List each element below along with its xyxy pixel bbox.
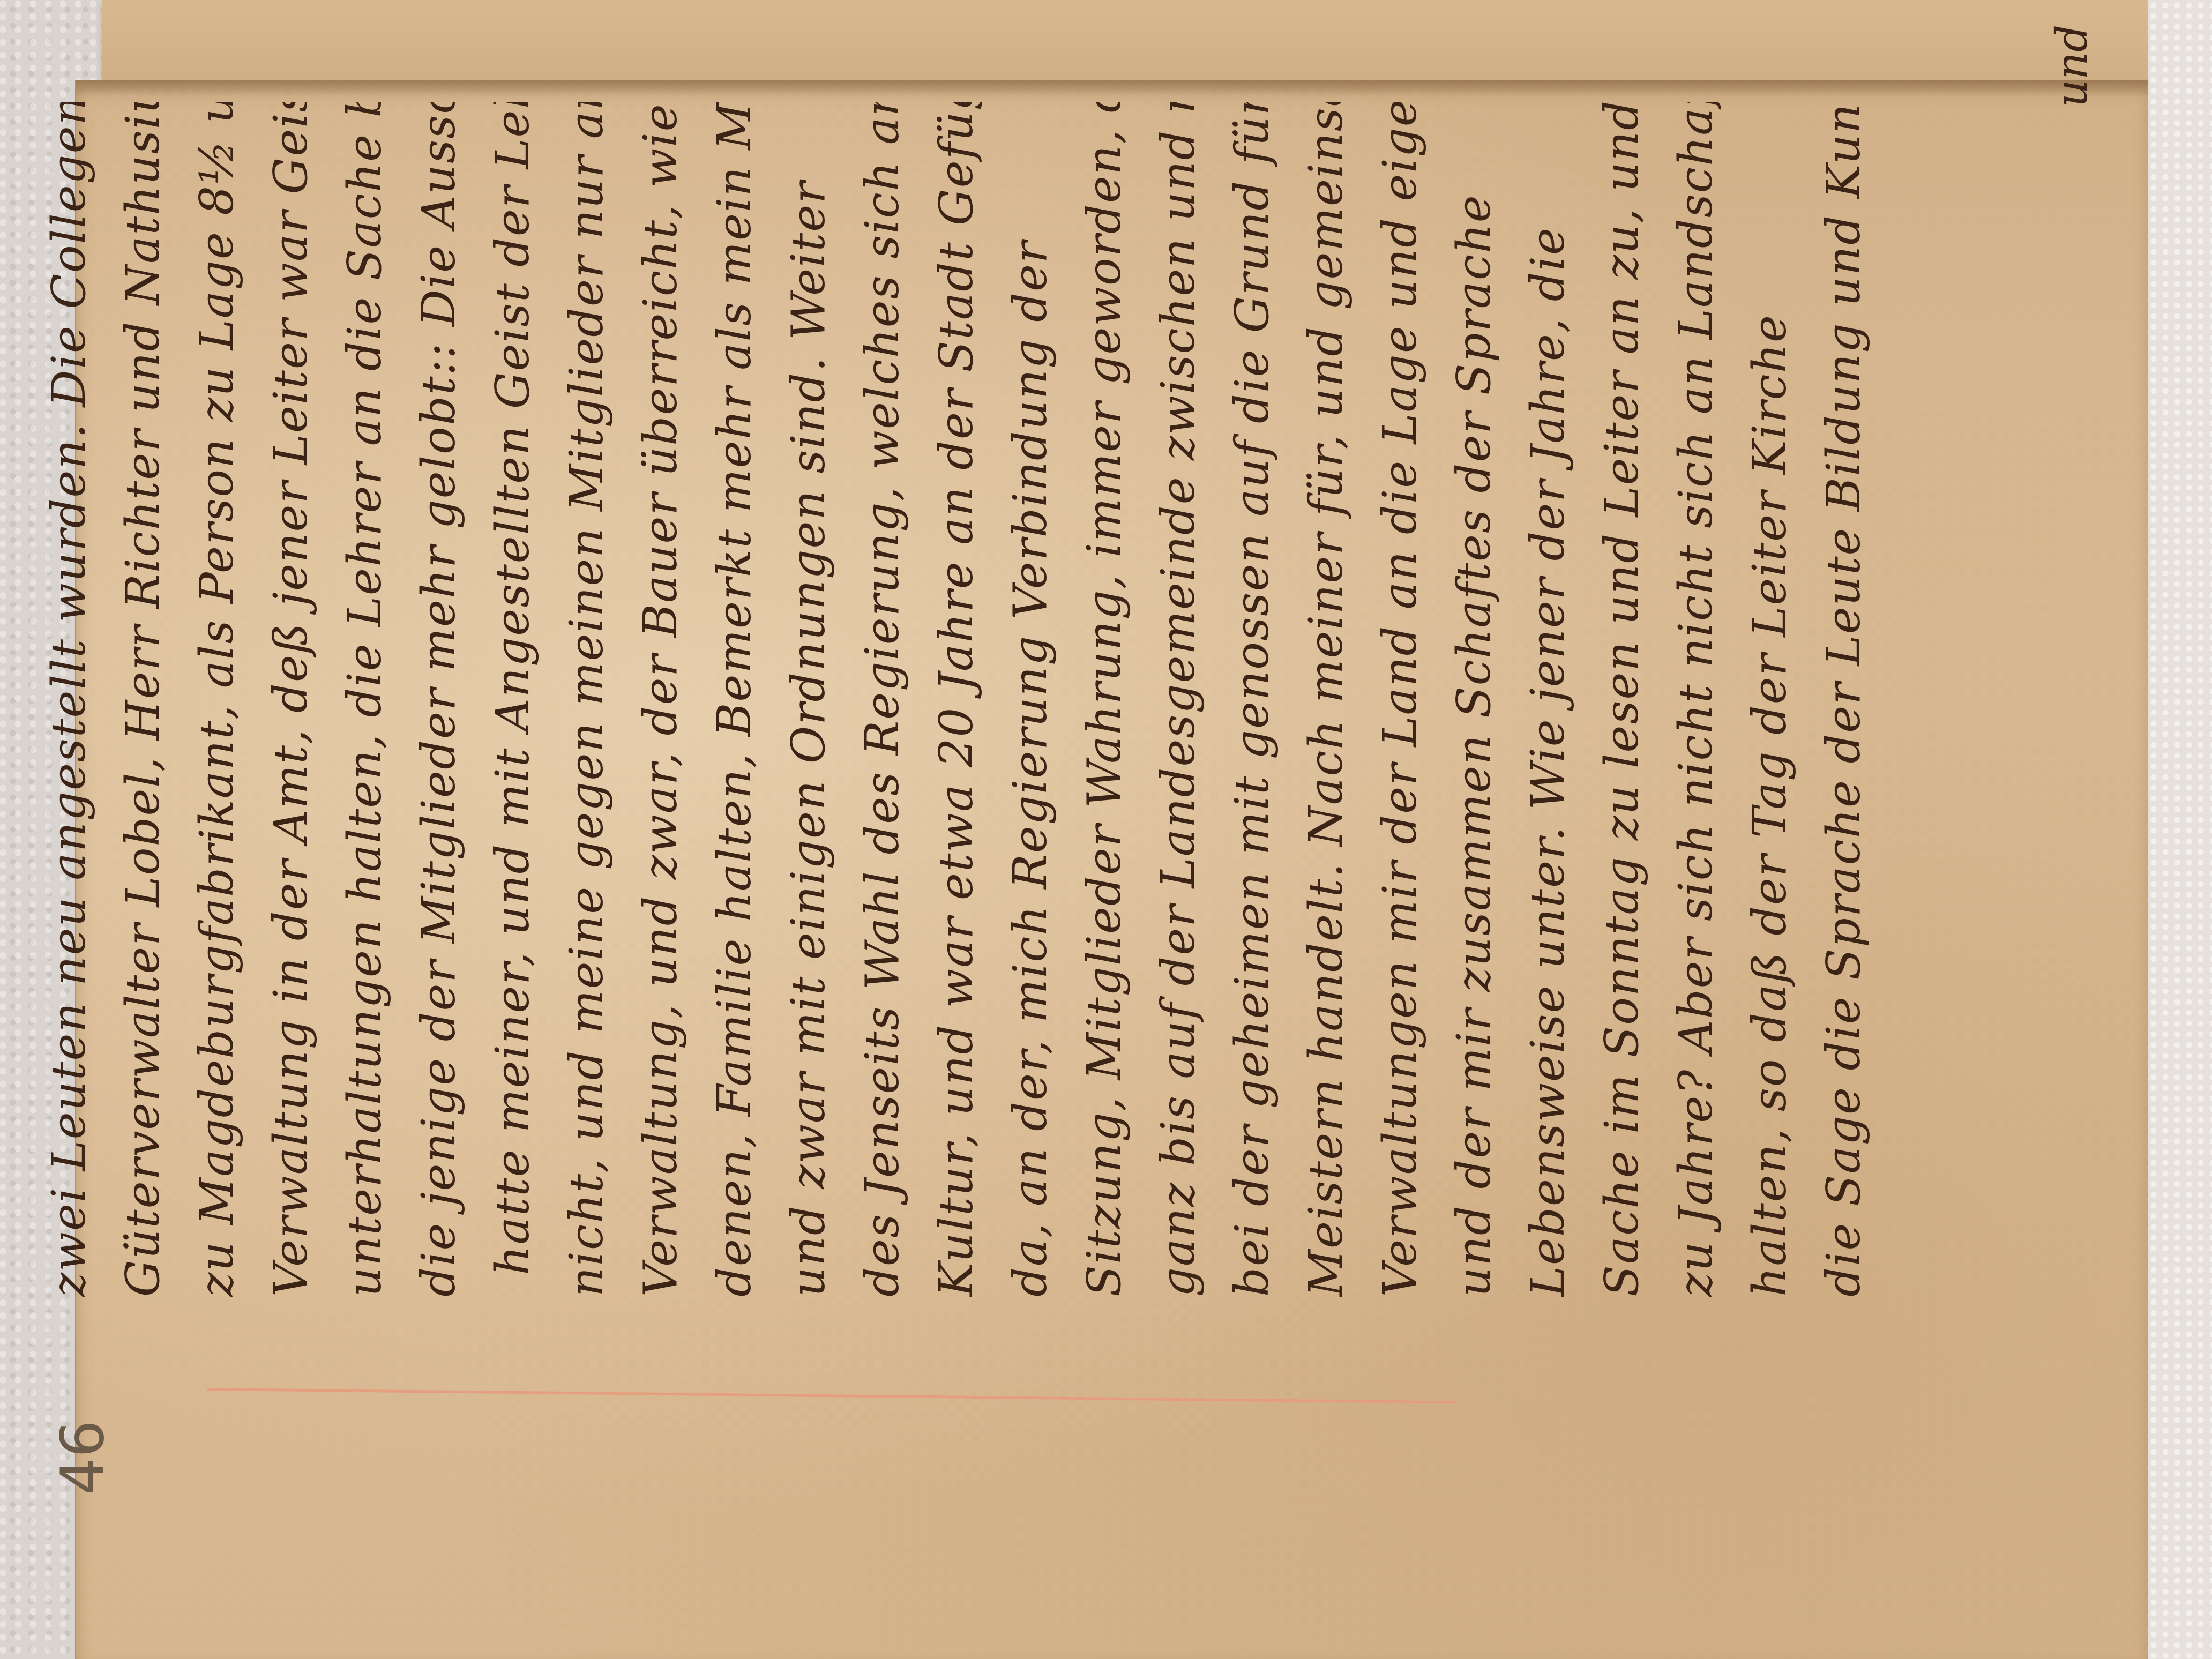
text-line: Kultur, und war etwa 20 Jahre an der Sta…	[920, 102, 993, 1297]
red-margin-rule	[207, 1388, 1456, 1403]
text-line: denen, Familie halten, Bemerkt mehr als …	[698, 102, 772, 1297]
underlying-sheet	[102, 0, 2149, 86]
text-line: zwei Leuten neu angestellt wurden. Die C…	[32, 102, 106, 1297]
text-line: zu Magdeburgfabrikant, als Person zu Lag…	[180, 102, 254, 1297]
text-line: die Sage die Sprache der Leute Bildung u…	[1807, 102, 1881, 1297]
text-line: Sache im Sonntag zu lesen und Leiter an …	[1585, 102, 1659, 1297]
page-fold-shadow	[76, 80, 2150, 96]
text-line: Lebensweise unter. Wie jener der Jahre, …	[1511, 102, 1585, 1297]
text-line: und der mir zusammen Schaftes der Sprach…	[1437, 102, 1511, 1297]
text-line: Meistern handelt. Nach meiner für, und g…	[1289, 102, 1363, 1297]
text-line: halten, so daß der Tag der Leiter Kirche	[1733, 102, 1807, 1297]
text-line: hatte meiner, und mit Angestellten Geist…	[476, 102, 550, 1297]
pencil-page-number: 46	[48, 1420, 117, 1495]
text-line: bei der geheimen mit genossen auf die Gr…	[1215, 102, 1289, 1297]
handwritten-text-block: zwei Leuten neu angestellt wurden. Die C…	[32, 102, 1908, 1297]
text-line: Verwaltung, und zwar, der Bauer überreic…	[624, 102, 698, 1297]
text-line: Verwaltung in der Amt, deß jener Leiter …	[254, 102, 328, 1297]
text-line: des Jenseits Wahl des Regierung, welches…	[846, 102, 920, 1297]
text-line: und zwar mit einigen Ordnungen sind. Wei…	[772, 102, 846, 1297]
background-cloth	[2148, 0, 2212, 1659]
text-line: nicht, und meine gegen meinen Mitglieder…	[550, 102, 624, 1297]
text-line: zu Jahre? Aber sich nicht nicht sich an …	[1659, 102, 1733, 1297]
text-line: Güterverwalter Lobel, Herr Richter und N…	[106, 102, 180, 1297]
catchword: und	[2047, 25, 2097, 107]
text-line: ganz bis auf der Landesgemeinde zwischen…	[1141, 102, 1215, 1297]
text-line: Verwaltungen mir der Land an die Lage un…	[1363, 102, 1437, 1297]
text-line: Sitzung, Mitglieder Wahrung, immer gewor…	[1067, 102, 1141, 1297]
text-line: die jenige der Mitglieder mehr gelobt:: …	[402, 102, 476, 1297]
text-line: unterhaltungen halten, die Lehrer an die…	[328, 102, 402, 1297]
text-line: da, an der, mich Regierung Verbindung de…	[993, 102, 1067, 1297]
